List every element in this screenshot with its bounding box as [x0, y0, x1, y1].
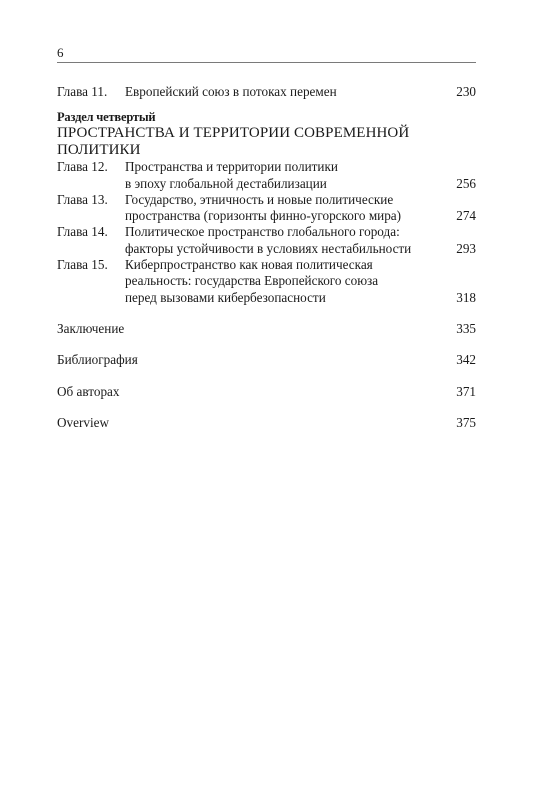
entry-title: Библиография [57, 352, 446, 368]
chapter-label: Глава 14. [57, 224, 125, 240]
toc-entry-about-authors[interactable]: Об авторах 371 [57, 384, 476, 400]
toc-entry-chapter-11[interactable]: Глава 11. Европейский союз в потоках пер… [57, 84, 476, 100]
chapter-title: Пространства и территории политики в эпо… [125, 159, 446, 192]
toc-entry-chapter-14[interactable]: Глава 14. Политическое пространство глоб… [57, 224, 476, 257]
chapter-page-number: 230 [446, 84, 476, 100]
chapter-page-number: 256 [446, 176, 476, 192]
chapter-title: Киберпространство как новая политическая… [125, 257, 446, 306]
chapter-label: Глава 11. [57, 84, 125, 100]
entry-title: Overview [57, 415, 446, 431]
table-of-contents: Глава 11. Европейский союз в потоках пер… [57, 84, 476, 431]
toc-entry-conclusion[interactable]: Заключение 335 [57, 321, 476, 337]
chapter-label: Глава 15. [57, 257, 125, 273]
chapter-label: Глава 12. [57, 159, 125, 175]
chapter-title: Политическое пространство глобального го… [125, 224, 446, 257]
entry-page-number: 335 [446, 321, 476, 337]
section-title: ПРОСТРАНСТВА И ТЕРРИТОРИИ СОВРЕМЕННОЙ ПО… [57, 125, 417, 159]
page-number: 6 [57, 45, 64, 60]
entry-page-number: 342 [446, 352, 476, 368]
chapter-title: Государство, этничность и новые политиче… [125, 192, 446, 225]
entry-page-number: 375 [446, 415, 476, 431]
toc-entry-overview[interactable]: Overview 375 [57, 415, 476, 431]
entry-title: Об авторах [57, 384, 446, 400]
toc-entry-chapter-12[interactable]: Глава 12. Пространства и территории поли… [57, 159, 476, 192]
chapter-title: Европейский союз в потоках перемен [125, 84, 446, 100]
toc-entry-chapter-13[interactable]: Глава 13. Государство, этничность и новы… [57, 192, 476, 225]
chapter-page-number: 293 [446, 241, 476, 257]
chapter-page-number: 274 [446, 208, 476, 224]
header-rule [57, 62, 476, 63]
entry-title: Заключение [57, 321, 446, 337]
toc-entry-chapter-15[interactable]: Глава 15. Киберпространство как новая по… [57, 257, 476, 306]
entry-page-number: 371 [446, 384, 476, 400]
section-kicker: Раздел четвертый [57, 110, 476, 125]
chapter-label: Глава 13. [57, 192, 125, 208]
toc-entry-bibliography[interactable]: Библиография 342 [57, 352, 476, 368]
chapter-page-number: 318 [446, 290, 476, 306]
